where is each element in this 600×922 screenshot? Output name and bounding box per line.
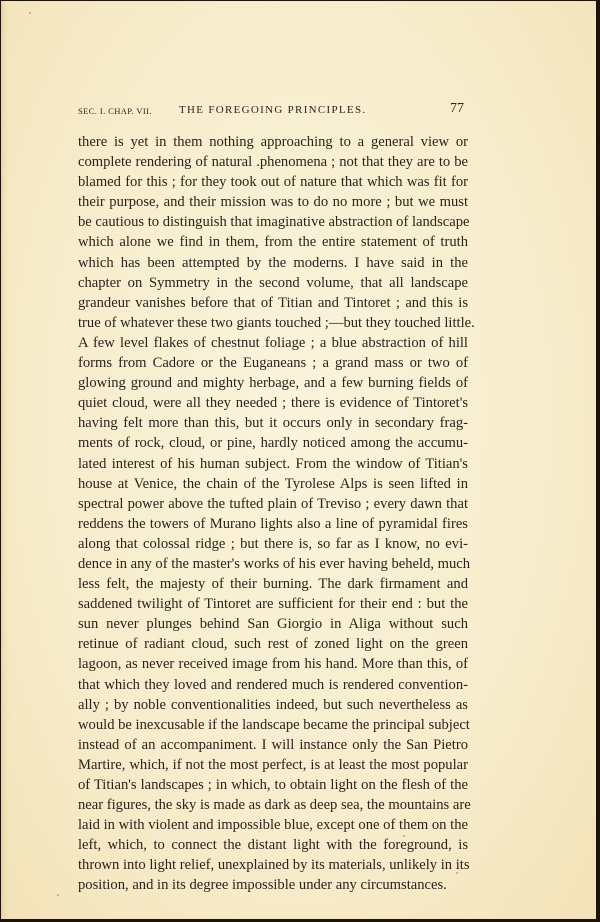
paper-speck <box>248 882 250 884</box>
text-line: dence in any of the master's works of hi… <box>78 554 468 574</box>
running-head: Sec. I. Chap. VII. The Foregoing Princip… <box>78 101 468 119</box>
text-line: lagoon, as never received image from his… <box>78 654 468 674</box>
text-line: laid in with violent and impossible blue… <box>78 815 468 835</box>
text-line: glowing ground and mighty herbage, and a… <box>78 373 468 393</box>
text-line: A few level flakes of chestnut foliage ;… <box>78 333 468 353</box>
paper-speck <box>403 835 405 837</box>
text-line: left, which, to connect the distant ligh… <box>78 835 468 855</box>
text-line: that which they loved and rendered much … <box>78 675 468 695</box>
text-line: forms from Cadore or the Euganeans ; a g… <box>78 353 468 373</box>
text-line: house at Venice, the chain of the Tyrole… <box>78 474 468 494</box>
text-line: saddened twilight of Tintoret are suffic… <box>78 594 468 614</box>
text-line: thrown into light relief, unexplained by… <box>78 855 468 875</box>
text-line: spectral power above the tufted plain of… <box>78 494 468 514</box>
text-line: ments of rock, cloud, or pine, hardly no… <box>78 433 468 453</box>
text-line: sun never plunges behind San Giorgio in … <box>78 614 468 634</box>
text-line: of Titian's landscapes ; in which, to ob… <box>78 775 468 795</box>
paper-speck <box>57 894 59 896</box>
paper-speck <box>29 12 31 14</box>
text-line: quiet cloud, were all they needed ; ther… <box>78 393 468 413</box>
text-line: near figures, the sky is made as dark as… <box>78 795 468 815</box>
text-line: which alone we find in them, from the en… <box>78 232 468 252</box>
text-line: instead of an accompaniment. I will inst… <box>78 735 468 755</box>
text-line: less felt, the majesty of their burning.… <box>78 574 468 594</box>
text-line: Martire, which, if not the most perfect,… <box>78 755 468 775</box>
book-page: Sec. I. Chap. VII. The Foregoing Princip… <box>1 1 596 919</box>
text-line: be cautious to distinguish that imaginat… <box>78 212 468 232</box>
text-line: true of whatever these two giants touche… <box>78 313 468 333</box>
text-line: grandeur vanishes before that of Titian … <box>78 293 468 313</box>
page-number: 77 <box>450 101 464 117</box>
text-line: complete rendering of natural .phenomena… <box>78 152 468 172</box>
text-line: their purpose, and their mission was to … <box>78 192 468 212</box>
text-line: blamed for this ; for they took out of n… <box>78 172 468 192</box>
text-line: ally ; by noble conventionalities indeed… <box>78 695 468 715</box>
text-line: having felt more than this, but it occur… <box>78 413 468 433</box>
running-title: The Foregoing Principles. <box>179 104 366 116</box>
text-line: position, and in its degree impossible u… <box>78 875 468 895</box>
text-line: retinue of radiant cloud, such rest of z… <box>78 634 468 654</box>
section-chapter-label: Sec. I. Chap. VII. <box>78 106 152 116</box>
text-line: lated interest of his human subject. Fro… <box>78 454 468 474</box>
text-line: there is yet in them nothing approaching… <box>78 132 468 152</box>
text-line: which has been attempted by the moderns.… <box>78 253 468 273</box>
text-line: along that colossal ridge ; but there is… <box>78 534 468 554</box>
text-line: would be inexcusable if the landscape be… <box>78 715 468 735</box>
text-line: chapter on Symmetry in the second volume… <box>78 273 468 293</box>
text-line: reddens the towers of Murano lights also… <box>78 514 468 534</box>
paper-speck <box>456 872 458 874</box>
body-paragraph: there is yet in them nothing approaching… <box>78 132 468 896</box>
